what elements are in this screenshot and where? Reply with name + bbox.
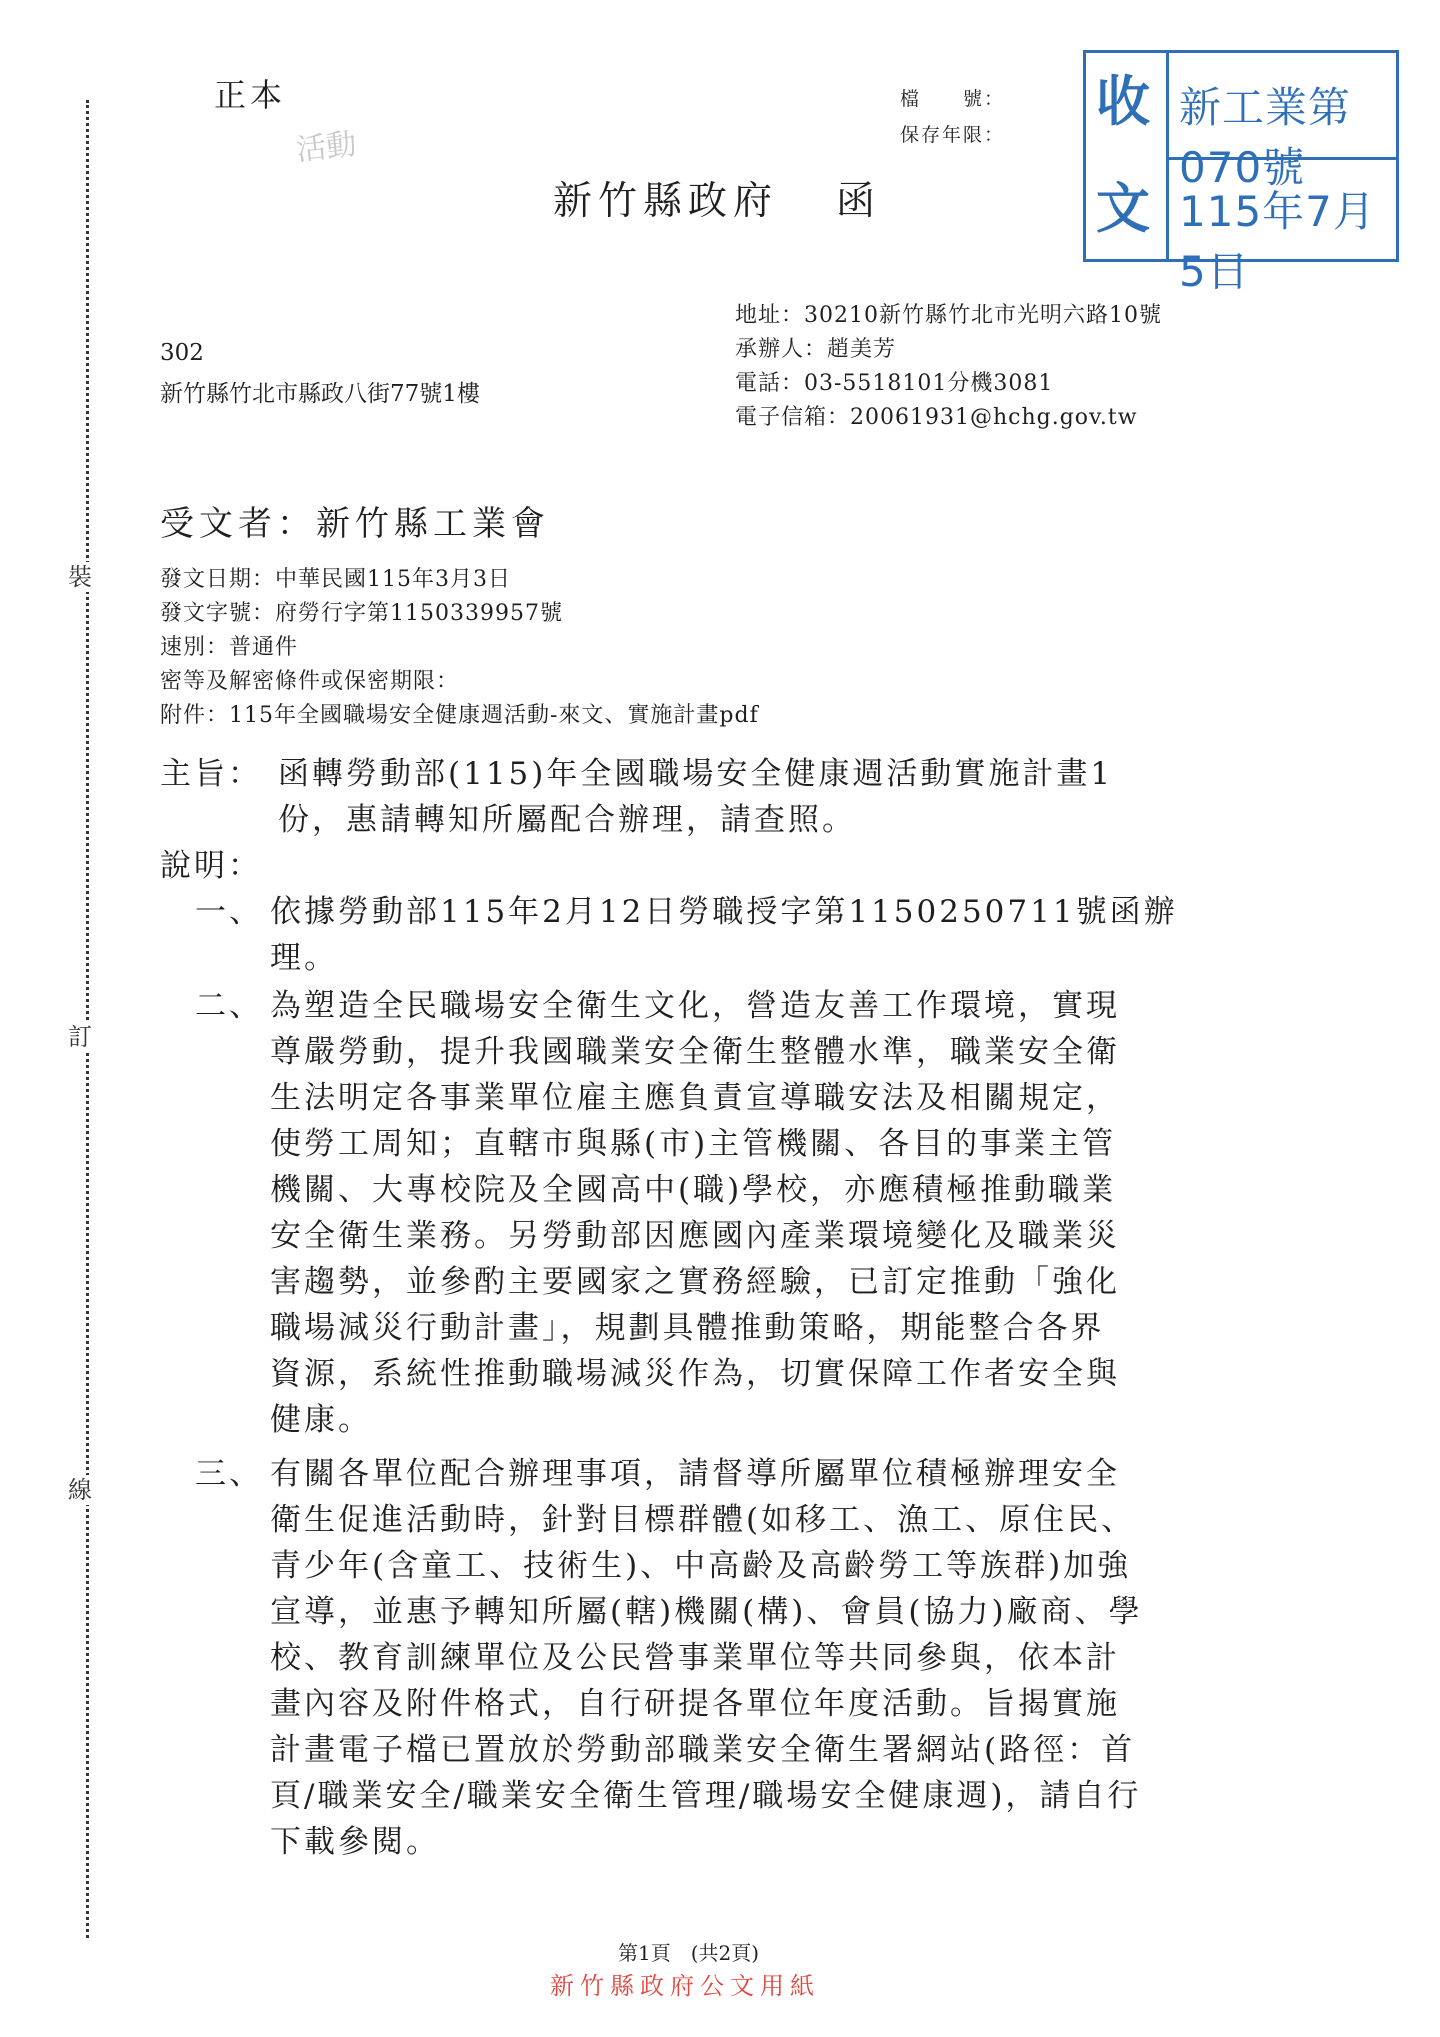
document-type: 函 — [836, 179, 881, 224]
official-paper-label: 新竹縣政府公文用紙 — [550, 1966, 820, 2001]
binding-mark-zhuang: 裝 — [68, 562, 92, 592]
item-line: 青少年(含童工、技術生)、中高齡及高齡勞工等族群)加強 — [270, 1540, 1131, 1585]
issue-date: 發文日期：中華民國115年3月3日 — [160, 562, 511, 593]
item-line: 尊嚴勞動，提升我國職業安全衛生整體水準，職業安全衛 — [270, 1026, 1120, 1071]
item-line: 為塑造全民職場安全衛生文化，營造友善工作環境，實現 — [270, 980, 1120, 1025]
stamp-date-cell: 115年7月5日 — [1169, 157, 1396, 261]
item-line: 職場減災行動計畫」，規劃具體推動策略，期能整合各界 — [270, 1302, 1105, 1347]
item-line: 校、教育訓練單位及公民營事業單位等共同參與，依本計 — [270, 1632, 1120, 1677]
item-number: 三、 — [195, 1448, 263, 1493]
receipt-stamp: 收 文 新工業第070號 115年7月5日 — [1083, 50, 1399, 262]
item-line: 下載參閱。 — [270, 1816, 440, 1861]
item-line: 安全衛生業務。另勞動部因應國內產業環境變化及職業災 — [270, 1210, 1120, 1255]
recipient-postal-code: 302 — [160, 340, 204, 366]
item-line: 計畫電子檔已置放於勞動部職業安全衛生署網站(路徑：首 — [270, 1724, 1135, 1769]
item-line: 宣導，並惠予轉知所屬(轄)機關(構)、會員(協力)廠商、學 — [270, 1586, 1143, 1631]
item-line: 資源，系統性推動職場減災作為，切實保障工作者安全與 — [270, 1348, 1120, 1393]
file-number-label: 檔 號： — [900, 84, 1005, 111]
item-line: 頁/職業安全/職業安全衛生管理/職場安全健康週)，請自行 — [270, 1770, 1141, 1815]
sender-handler: 承辦人：趙美芳 — [735, 332, 896, 363]
document-title: 新竹縣政府函 — [553, 170, 881, 226]
stamp-number-cell: 新工業第070號 — [1169, 53, 1396, 160]
binding-dotted-line — [86, 100, 89, 1938]
stamp-receipt-date: 115年7月5日 — [1179, 179, 1396, 299]
stamp-label-document: 文 — [1096, 178, 1150, 238]
stamp-label-receive: 收 — [1096, 71, 1150, 131]
item-line: 健康。 — [270, 1394, 372, 1439]
attachment[interactable]: 附件：115年全國職場安全健康週活動-來文、實施計畫pdf — [160, 698, 759, 729]
issuing-org: 新竹縣政府 — [553, 179, 778, 224]
binding-mark-ding: 訂 — [68, 1022, 92, 1052]
sender-address: 地址：30210新竹縣竹北市光明六路10號 — [735, 298, 1162, 329]
confidentiality: 密等及解密條件或保密期限： — [160, 664, 459, 695]
subject-line: 函轉勞動部(115)年全國職場安全健康週活動實施計畫1 — [278, 748, 1113, 793]
document-number: 發文字號：府勞行字第1150339957號 — [160, 596, 563, 627]
handwritten-note: 活動 — [294, 119, 358, 169]
recipient-mailing-address: 新竹縣竹北市縣政八街77號1樓 — [160, 375, 480, 408]
retention-period-label: 保存年限： — [900, 120, 1005, 147]
subject-label: 主旨： — [160, 748, 262, 793]
explanation-label: 說明： — [160, 840, 262, 885]
copy-type-label: 正本 — [214, 70, 286, 116]
item-line: 使勞工周知；直轄市與縣(市)主管機關、各目的事業主管 — [270, 1118, 1116, 1163]
binding-mark-xian: 線 — [68, 1475, 92, 1505]
item-line: 有關各單位配合辦理事項，請督導所屬單位積極辦理安全 — [270, 1448, 1120, 1493]
delivery-speed: 速別：普通件 — [160, 630, 298, 661]
item-number: 二、 — [195, 980, 263, 1025]
stamp-label-column: 收 文 — [1086, 53, 1169, 259]
item-line: 畫內容及附件格式，自行研提各單位年度活動。旨揭實施 — [270, 1678, 1120, 1723]
subject-line: 份，惠請轉知所屬配合辦理，請查照。 — [278, 794, 856, 839]
page-indicator: 第1頁 (共2頁) — [618, 1937, 759, 1966]
item-line: 生法明定各事業單位雇主應負責宣導職安法及相關規定， — [270, 1072, 1120, 1117]
item-line: 依據勞動部115年2月12日勞職授字第1150250711號函辦 — [270, 886, 1178, 931]
item-number: 一、 — [195, 886, 263, 931]
sender-phone: 電話：03-5518101分機3081 — [735, 366, 1053, 397]
item-line: 機關、大專校院及全國高中(職)學校，亦應積極推動職業 — [270, 1164, 1116, 1209]
item-line: 害趨勢，並參酌主要國家之實務經驗，已訂定推動「強化 — [270, 1256, 1120, 1301]
item-line: 理。 — [270, 932, 338, 977]
sender-email: 電子信箱：20061931@hchg.gov.tw — [735, 400, 1138, 431]
recipient: 受文者：新竹縣工業會 — [160, 496, 550, 545]
item-line: 衛生促進活動時，針對目標群體(如移工、漁工、原住民、 — [270, 1494, 1135, 1539]
